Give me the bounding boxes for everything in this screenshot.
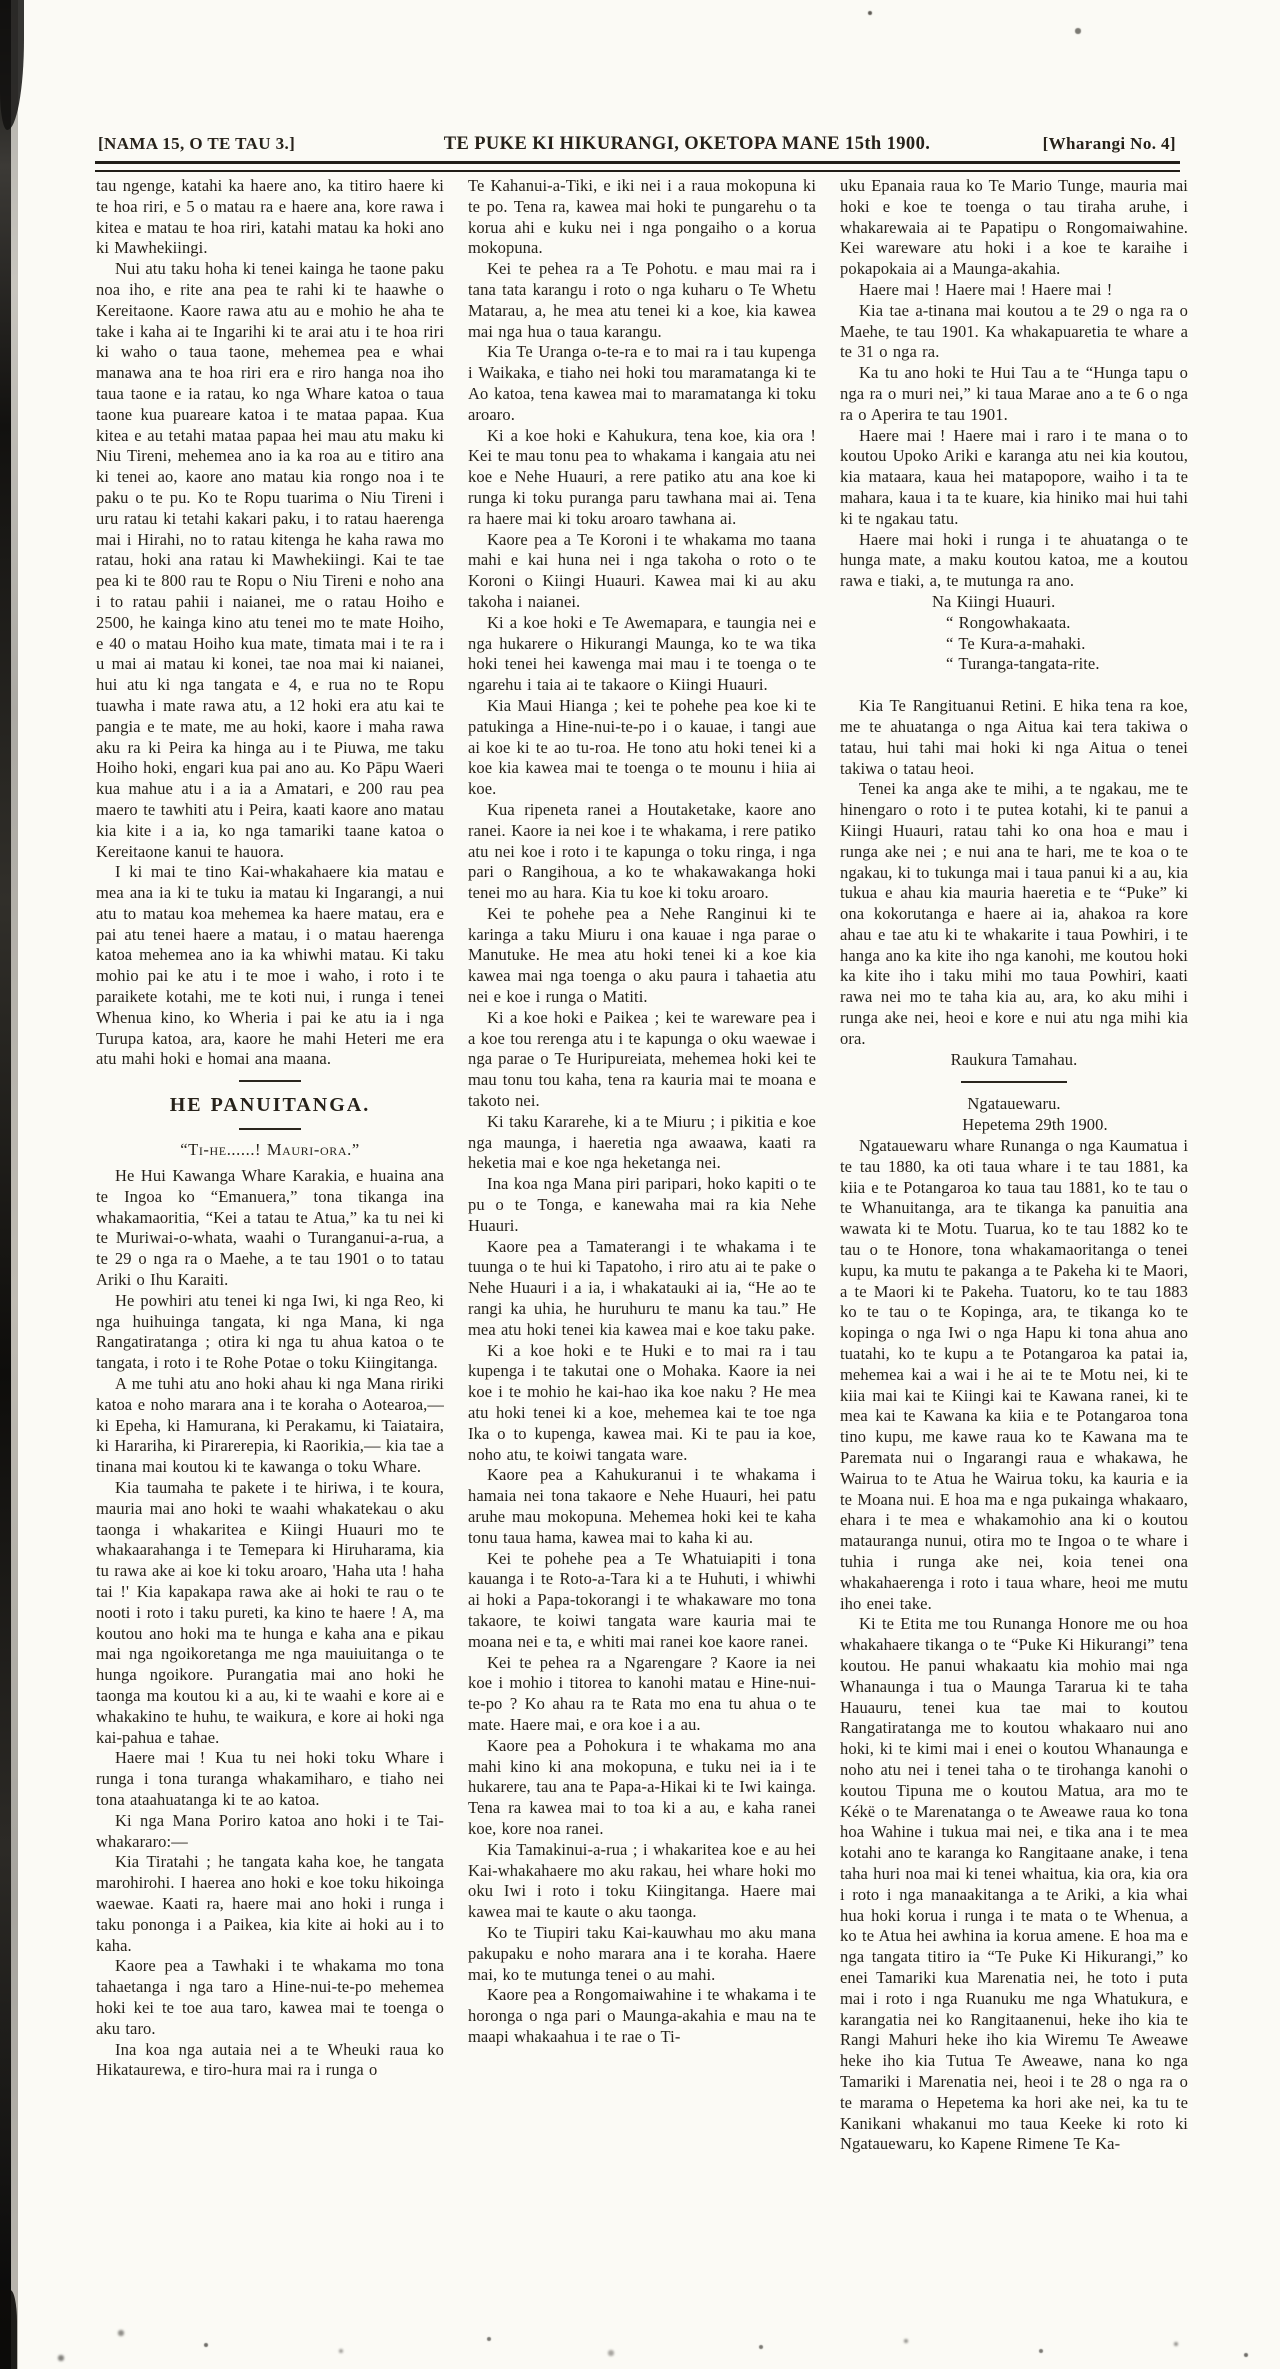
signature-name: Raukura Tamahau.: [840, 1050, 1188, 1071]
section-heading: HE PANUITANGA.: [96, 1092, 444, 1118]
paragraph: Ki a koe hoki e Te Awemapara, e taungia …: [468, 613, 816, 696]
paragraph: Kia taumaha te pakete i te hiriwa, i te …: [96, 1478, 444, 1748]
paragraph: Ki taku Kararehe, ki a te Miuru ; i piki…: [468, 1112, 816, 1174]
paragraph: Kia Te Uranga o-te-ra e to mai ra i tau …: [468, 342, 816, 425]
paragraph: A me tuhi atu ano hoki ahau ki nga Mana …: [96, 1374, 444, 1478]
column-2: Te Kahanui-a-Tiki, e iki nei i a raua mo…: [468, 176, 816, 2155]
paragraph: Kei te pehea ra a Ngarengare ? Kaore ia …: [468, 1653, 816, 1736]
article-columns: tau ngenge, katahi ka haere ano, ka titi…: [96, 176, 1188, 2155]
paragraph: Kaore pea a Tamaterangi i te whakama i t…: [468, 1237, 816, 1341]
paragraph: Ina koa nga autaia nei a te Wheuki raua …: [96, 2040, 444, 2082]
paragraph: Kaore pea a Tawhaki i te whakama mo tona…: [96, 1956, 444, 2039]
signature-ditto-line: “ Turanga-tangata-rite.: [840, 654, 1188, 675]
column-1: tau ngenge, katahi ka haere ano, ka titi…: [96, 176, 444, 2155]
paragraph: Tenei ka anga ake te mihi, a te ngakau, …: [840, 779, 1188, 1049]
signature-ditto-line: “ Te Kura-a-mahaki.: [840, 634, 1188, 655]
paragraph: Ki te Etita me tou Runanga Honore me ou …: [840, 1614, 1188, 2155]
paragraph: Haere mai ! Haere mai i raro i te mana o…: [840, 426, 1188, 530]
paragraph: Kaore pea a Kahukuranui i te whakama i h…: [468, 1465, 816, 1548]
scan-artifact-left-edge: [0, 0, 11, 2369]
place-heading: Ngatauewaru.: [840, 1094, 1188, 1115]
separator-rule: [239, 1080, 301, 1082]
motto-line: “Ti-he......! Mauri-ora.”: [96, 1140, 444, 1161]
paragraph: He Hui Kawanga Whare Karakia, e huaina a…: [96, 1166, 444, 1291]
paragraph: Kei te pohehe pea a Te Whatuiapiti i ton…: [468, 1549, 816, 1653]
paragraph: Te Kahanui-a-Tiki, e iki nei i a raua mo…: [468, 176, 816, 259]
paragraph: Ngatauewaru whare Runanga o nga Kaumatua…: [840, 1136, 1188, 1614]
paragraph: I ki mai te tino Kai-whakahaere kia mata…: [96, 862, 444, 1070]
separator-rule: [961, 1081, 1067, 1083]
paragraph: Kaore pea a Pohokura i te whakama mo ana…: [468, 1736, 816, 1840]
paragraph: Kaore pea a Te Koroni i te whakama mo ta…: [468, 530, 816, 613]
column-3: uku Epanaia raua ko Te Mario Tunge, maur…: [840, 176, 1188, 2155]
paragraph: Ki a koe hoki e Paikea ; kei te wareware…: [468, 1008, 816, 1112]
scan-artifact-specks: [0, 0, 2, 2]
paragraph: Ina koa nga Mana piri paripari, hoko kap…: [468, 1174, 816, 1236]
paragraph: tau ngenge, katahi ka haere ano, ka titi…: [96, 176, 444, 259]
paragraph: Kaore pea a Rongomaiwahine i te whakama …: [468, 1985, 816, 2047]
masthead: [NAMA 15, O TE TAU 3.] TE PUKE KI HIKURA…: [98, 134, 1176, 155]
paragraph: Ka tu ano hoki te Hui Tau a te “Hunga ta…: [840, 363, 1188, 425]
paragraph: He powhiri atu tenei ki nga Iwi, ki nga …: [96, 1291, 444, 1374]
paragraph: Kia tae a-tinana mai koutou a te 29 o ng…: [840, 301, 1188, 363]
paragraph: Ki nga Mana Poriro katoa ano hoki i te T…: [96, 1811, 444, 1853]
page-title: TE PUKE KI HIKURANGI, OKETOPA MANE 15th …: [398, 134, 976, 155]
separator-rule: [239, 1128, 301, 1130]
masthead-rule: [95, 161, 1180, 172]
scan-artifact-left-edge-soft: [11, 0, 18, 2369]
paragraph: Kua ripeneta ranei a Houtaketake, kaore …: [468, 800, 816, 904]
paragraph: Nui atu taku hoha ki tenei kainga he tao…: [96, 259, 444, 862]
paragraph: Haere mai hoki i runga i te ahuatanga o …: [840, 530, 1188, 592]
paragraph: Kei te pohehe pea a Nehe Ranginui ki te …: [468, 904, 816, 1008]
paragraph: Haere mai ! Kua tu nei hoki toku Whare i…: [96, 1748, 444, 1810]
paragraph: Ko te Tiupiri taku Kai-kauwhau mo aku ma…: [468, 1923, 816, 1985]
paragraph: Ki a koe hoki e Kahukura, tena koe, kia …: [468, 426, 816, 530]
paragraph: Ki a koe hoki e te Huki e to mai ra i ta…: [468, 1341, 816, 1466]
issue-number: [NAMA 15, O TE TAU 3.]: [98, 134, 398, 154]
newspaper-page: [NAMA 15, O TE TAU 3.] TE PUKE KI HIKURA…: [0, 0, 1280, 2369]
date-line: Hepetema 29th 1900.: [840, 1115, 1188, 1136]
signature-name: Na Kiingi Huauri.: [840, 592, 1188, 613]
paragraph: uku Epanaia raua ko Te Mario Tunge, maur…: [840, 176, 1188, 280]
paragraph: Kia Tamakinui-a-rua ; i whakaritea koe e…: [468, 1840, 816, 1923]
scan-artifact-top-left: [0, 0, 24, 130]
paragraph: Kia Tiratahi ; he tangata kaha koe, he t…: [96, 1852, 444, 1956]
blank-space: [840, 675, 1188, 696]
page-number: [Wharangi No. 4]: [976, 134, 1176, 154]
paragraph: Haere mai ! Haere mai ! Haere mai !: [840, 280, 1188, 301]
scan-artifact-bottom-left: [0, 2290, 17, 2369]
paragraph: Kei te pehea ra a Te Pohotu. e mau mai r…: [468, 259, 816, 342]
paragraph: Kia Te Rangituanui Retini. E hika tena r…: [840, 696, 1188, 779]
paragraph: Kia Maui Hianga ; kei te pohehe pea koe …: [468, 696, 816, 800]
signature-ditto-line: “ Rongowhakaata.: [840, 613, 1188, 634]
